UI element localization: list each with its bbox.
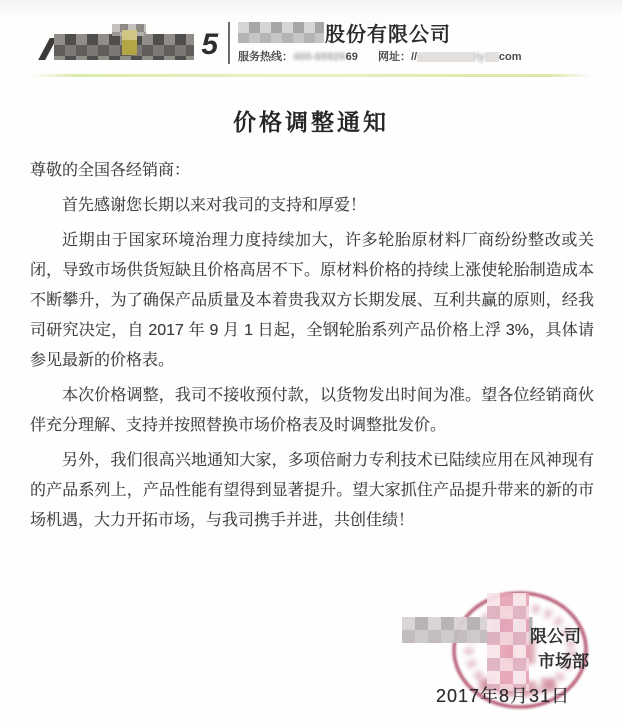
service-hotline-line: 服务热线：400-6592669 网址：//tycom <box>238 48 522 64</box>
logo-character: 5 <box>201 30 218 60</box>
body-paragraph: 本次价格调整，我司不接收预付款，以货物发出时间为准。望各位经销商伙伴充分理解、支… <box>30 381 594 441</box>
body-paragraph: 另外，我们很高兴地通知大家，多项倍耐力专利技术已陆续应用在风神现有的产品系列上，… <box>30 446 594 536</box>
notice-document: 5 股份有限公司 服务热线：400-6592669 网址：//tycom 价格调… <box>0 0 622 728</box>
company-name-blur <box>238 22 324 43</box>
letterhead: 5 股份有限公司 服务热线：400-6592669 网址：//tycom <box>0 0 622 78</box>
signature-date: 2017年8月31日 <box>436 682 570 708</box>
website-label: 网址：// <box>378 51 417 63</box>
header-accent-rule <box>30 74 592 77</box>
hotline-number-blurred: 400-65926 <box>293 51 346 63</box>
logo-yellow-block <box>122 40 137 55</box>
logo-blur-mosaic-top <box>112 24 146 36</box>
body-paragraph: 近期由于国家环境治理力度持续加大，许多轮胎原材料厂商纷纷整改或关闭，导致市场供货… <box>30 226 594 376</box>
company-name: 股份有限公司 <box>325 18 451 47</box>
body-paragraph: 首先感谢您长期以来对我司的支持和厚爱！ <box>30 191 594 221</box>
website-blur-2 <box>485 52 499 62</box>
company-logo: 5 <box>46 26 218 62</box>
salutation: 尊敬的全国各经销商： <box>30 156 594 186</box>
website-fragment: ty <box>475 51 485 63</box>
notice-body: 尊敬的全国各经销商： 首先感谢您长期以来对我司的支持和厚爱！ 近期由于国家环境治… <box>30 156 594 536</box>
page-title: 价格调整通知 <box>0 104 622 137</box>
signature-department: 市场部 <box>538 647 589 672</box>
seal-blur-mosaic <box>487 593 529 691</box>
company-name-line: 股份有限公司 <box>238 20 451 44</box>
header-divider <box>228 22 230 64</box>
hotline-label: 服务热线： <box>238 51 293 63</box>
signature-company-visible: 限公司 <box>530 622 581 647</box>
hotline-number-visible: 69 <box>346 51 358 63</box>
website-blur-1 <box>417 52 475 62</box>
website-suffix: com <box>499 51 522 63</box>
